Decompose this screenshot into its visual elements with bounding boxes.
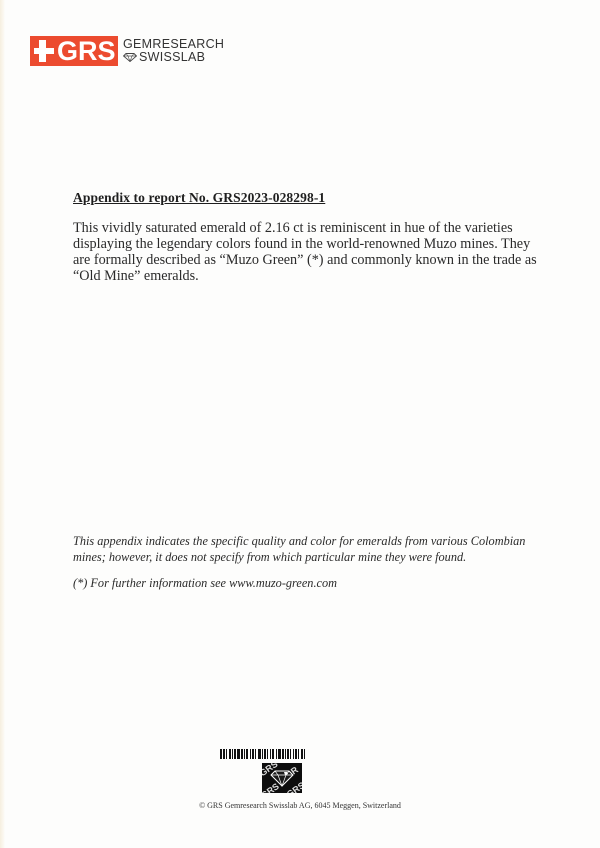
logo-wordmark: GEMRESEARCH SWISSLAB	[123, 38, 224, 64]
footnote-link-text: (*) For further information see www.muzo…	[73, 576, 337, 591]
appendix-note: This appendix indicates the specific qua…	[73, 533, 543, 565]
barcode	[220, 749, 306, 759]
hologram-seal-icon: GRS GR GRS GRS	[262, 763, 302, 793]
copyright-footer: © GRS Gemresearch Swisslab AG, 6045 Megg…	[0, 801, 600, 810]
swiss-cross-icon	[34, 40, 54, 62]
svg-text:GRS: GRS	[285, 780, 302, 793]
grs-logo: GRS GEMRESEARCH SWISSLAB	[30, 36, 224, 66]
scan-page-edge	[0, 0, 5, 848]
logo-grs-text: GRS	[57, 36, 116, 66]
logo-line2-wrap: SWISSLAB	[123, 51, 224, 64]
logo-line-swisslab: SWISSLAB	[139, 51, 205, 64]
svg-text:GRS: GRS	[262, 781, 281, 793]
appendix-description: This vividly saturated emerald of 2.16 c…	[73, 220, 543, 284]
logo-badge: GRS	[30, 36, 118, 66]
diamond-icon	[123, 53, 137, 62]
appendix-heading: Appendix to report No. GRS2023-028298-1	[73, 190, 325, 206]
